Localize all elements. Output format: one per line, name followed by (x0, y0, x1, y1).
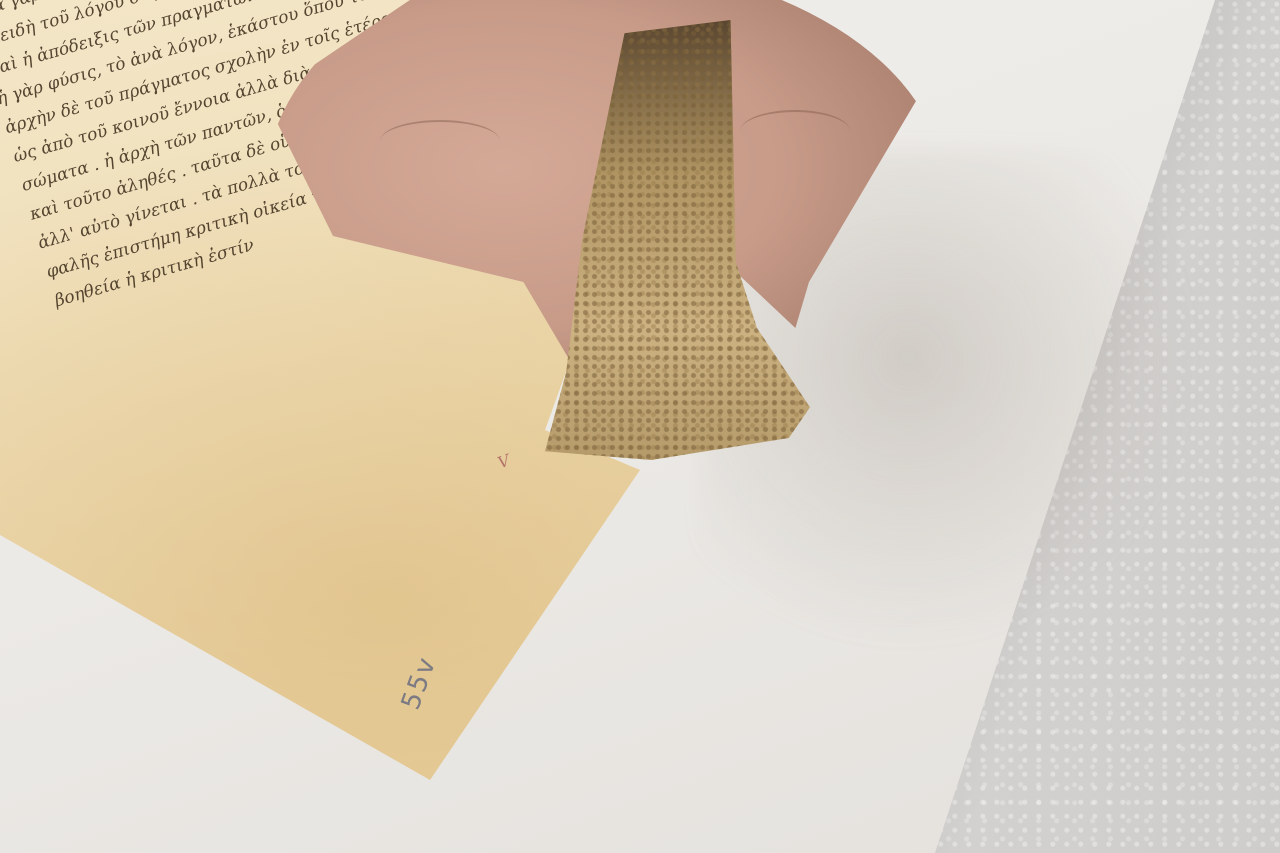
photo-scene: τοῦ δὲ καὶ ἐπὶ τὴν λέξιν τῶν ἀρχαίων ἐν … (0, 0, 1280, 853)
knuckle-crease (740, 110, 850, 152)
knuckle-crease (380, 120, 500, 162)
